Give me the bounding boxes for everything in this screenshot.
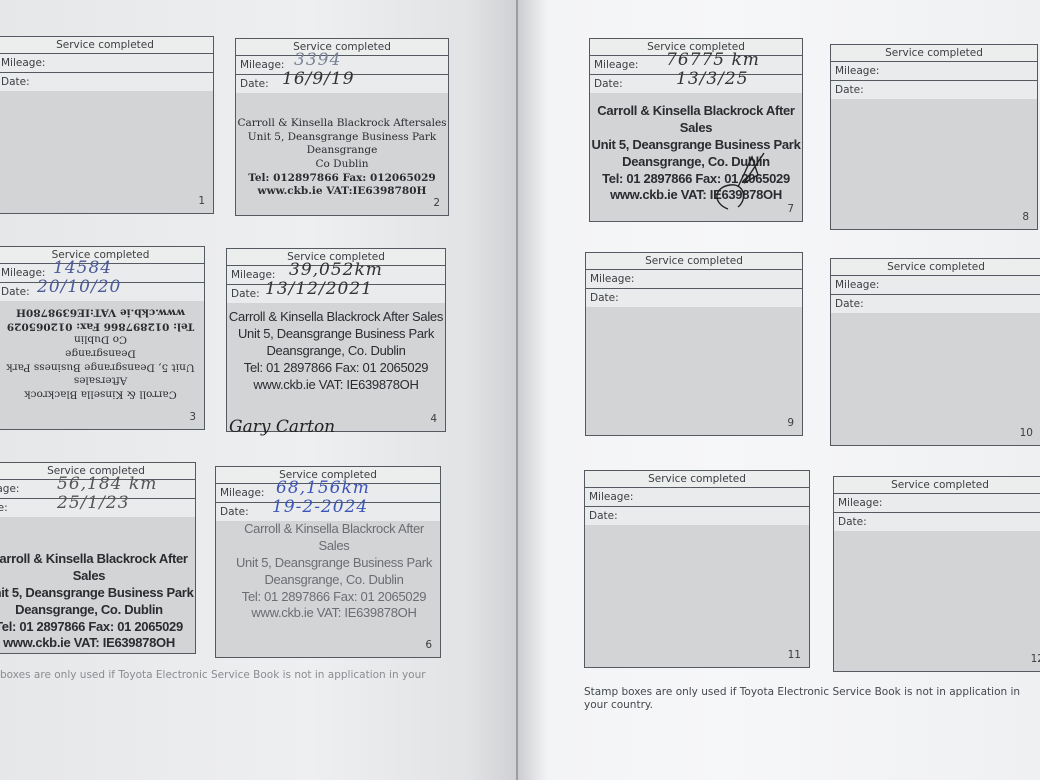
mileage-value: 14584	[53, 259, 112, 277]
footer-note: Stamp boxes are only used if Toyota Elec…	[584, 686, 1034, 712]
service-box-2: Service completed Mileage:3394 Date:16/9…	[235, 38, 449, 216]
mileage-value: 76775 km	[666, 51, 760, 69]
date-row: Date:16/9/19	[236, 75, 448, 94]
mileage-value: 3394	[294, 51, 341, 69]
box-number: 10	[1020, 427, 1033, 439]
mileage-row: Mileage:	[834, 494, 1040, 513]
box-number: 1	[198, 195, 205, 207]
date-row: Date:13/3/25	[590, 75, 802, 94]
mileage-value: 68,156km	[276, 479, 370, 497]
box-header: Service completed	[585, 471, 809, 488]
box-number: 4	[430, 413, 437, 425]
box-number: 6	[425, 639, 432, 651]
service-box-8: Service completed Mileage: Date: 8	[830, 44, 1038, 230]
service-box-6: Service completed Mileage:68,156km Date:…	[215, 466, 441, 658]
box-header: Service completed	[831, 259, 1040, 276]
date-value: 13/12/2021	[265, 280, 373, 298]
box-number: 11	[788, 649, 801, 661]
date-row: Date:	[0, 73, 213, 92]
book-gutter	[516, 0, 518, 780]
date-value: 13/3/25	[676, 70, 749, 88]
mileage-value: 56,184 km	[57, 475, 157, 493]
stamp-area	[586, 307, 802, 435]
stamp-area	[585, 525, 809, 667]
mileage-value: 39,052km	[289, 261, 383, 279]
mileage-row: Mileage:	[831, 62, 1037, 81]
box-number: 9	[787, 417, 794, 429]
box-header: Service completed	[0, 37, 213, 54]
service-box-11: Service completed Mileage: Date: 11	[584, 470, 810, 668]
date-row: Date:19-2-2024	[216, 503, 440, 522]
mileage-row: Mileage:	[585, 488, 809, 507]
service-box-1: Service completed Mileage: Date: 1	[0, 36, 214, 214]
box-number: 2	[433, 197, 440, 209]
dealer-stamp: Carroll & Kinsella Blackrock Aftersales …	[236, 117, 448, 199]
dealer-stamp: Carroll & Kinsella Blackrock After Sales…	[0, 551, 195, 652]
box-number: 7	[787, 203, 794, 215]
date-row: Date:	[831, 295, 1040, 314]
dealer-stamp: Carroll & Kinsella Blackrock After Sales…	[590, 103, 802, 204]
date-row: Date:25/1/23	[0, 499, 195, 518]
date-row: Date:13/12/2021	[227, 285, 445, 304]
date-row: Date:	[586, 289, 802, 308]
signature: Gary Carton	[229, 417, 335, 437]
date-value: 20/10/20	[37, 278, 121, 296]
date-row: Date:20/10/20	[0, 283, 204, 302]
stamp-area	[0, 91, 213, 213]
date-row: Date:	[831, 81, 1037, 100]
dealer-stamp: Carroll & Kinsella Blackrock After Sales…	[227, 309, 445, 393]
date-value: 25/1/23	[57, 494, 130, 512]
signature-scribble	[708, 147, 768, 217]
mileage-row: Mileage:	[0, 54, 213, 73]
stamp-area	[831, 313, 1040, 445]
service-box-5: Service completed Mileage:56,184 km Date…	[0, 462, 196, 654]
dealer-stamp-upside-down: Carroll & Kinsella Blackrock Aftersales …	[0, 305, 204, 400]
footer-note-left: boxes are only used if Toyota Electronic…	[0, 669, 440, 682]
service-box-4: Service completed Mileage:39,052km Date:…	[226, 248, 446, 432]
service-box-9: Service completed Mileage: Date: 9	[585, 252, 803, 436]
box-number: 3	[189, 411, 196, 423]
date-value: 16/9/19	[282, 70, 355, 88]
date-row: Date:	[834, 513, 1040, 532]
box-header: Service completed	[834, 477, 1040, 494]
stamp-area	[834, 531, 1040, 671]
box-header: Service completed	[586, 253, 802, 270]
box-number: 12	[1031, 653, 1040, 665]
service-box-10: Service completed Mileage: Date: 10	[830, 258, 1040, 446]
service-box-7: Service completed Mileage:76775 km Date:…	[589, 38, 803, 222]
dealer-stamp: Carroll & Kinsella Blackrock After Sales…	[228, 521, 440, 622]
service-box-12: Service completed Mileage: Date: 12	[833, 476, 1040, 672]
mileage-row: Mileage:	[586, 270, 802, 289]
stamp-area	[831, 99, 1037, 229]
box-header: Service completed	[236, 39, 448, 56]
service-box-3: Service completed Mileage:14584 Date:20/…	[0, 246, 205, 430]
box-number: 8	[1022, 211, 1029, 223]
date-row: Date:	[585, 507, 809, 526]
date-value: 19-2-2024	[272, 498, 368, 516]
box-header: Service completed	[831, 45, 1037, 62]
mileage-row: Mileage:	[831, 276, 1040, 295]
